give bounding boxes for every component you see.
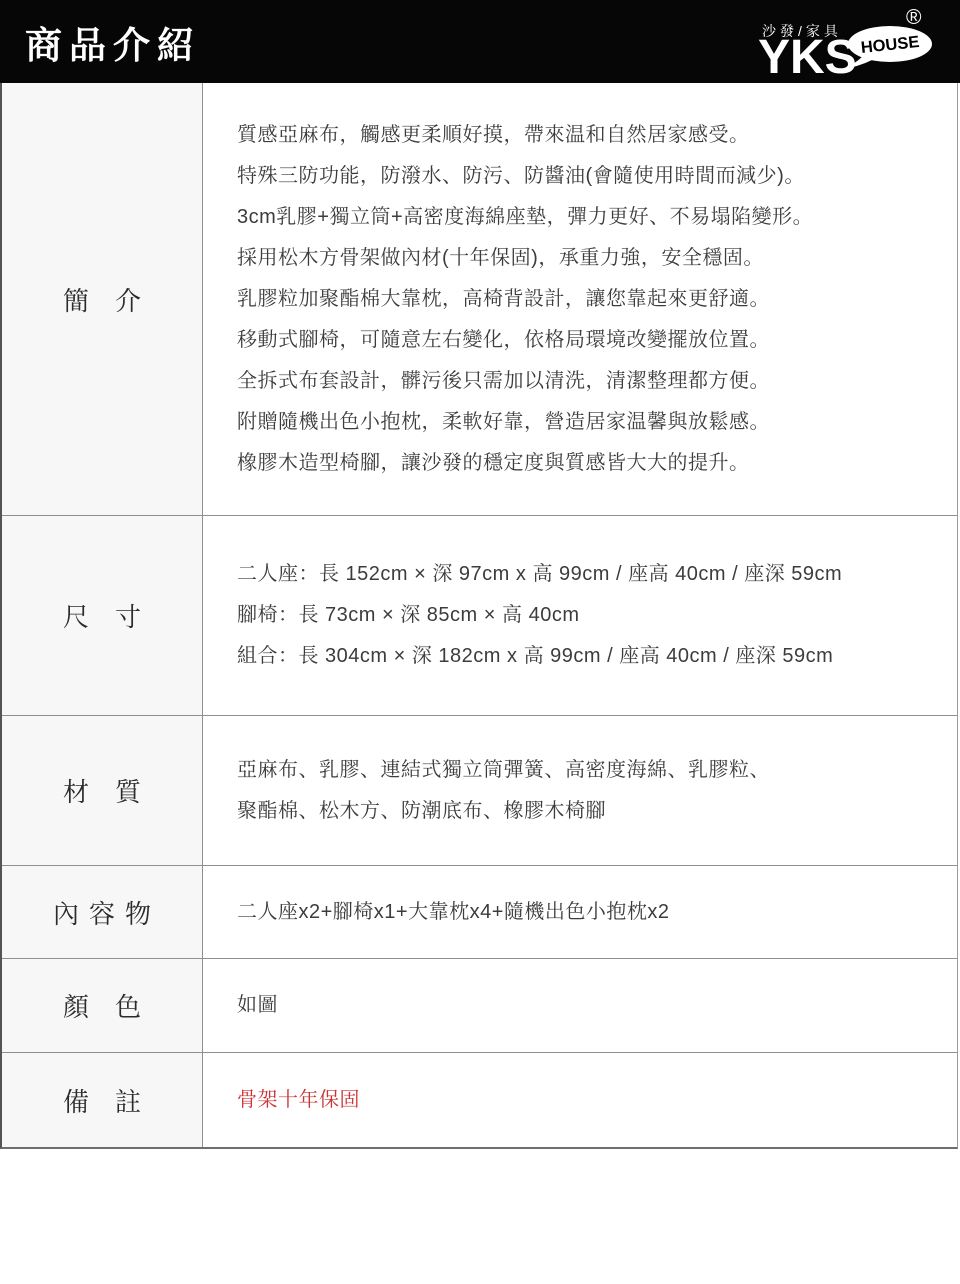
row-content-intro: 質感亞麻布，觸感更柔順好摸，帶來温和自然居家感受。 特殊三防功能，防潑水、防污、… [203, 83, 957, 515]
row-content-note: 骨架十年保固 [203, 1053, 957, 1147]
row-label-text: 備註 [63, 1082, 167, 1119]
row-label-intro: 簡介 [2, 83, 203, 515]
row-label-material: 材質 [2, 716, 203, 865]
content-line: 採用松木方骨架做內材(十年保固)，承重力強，安全穩固。 [237, 238, 947, 279]
row-content-material: 亞麻布、乳膠、連結式獨立筒彈簧、高密度海綿、乳膠粒、 聚酯棉、松木方、防潮底布、… [203, 716, 957, 865]
row-label-text: 簡介 [63, 281, 167, 318]
row-label-color: 顏色 [2, 959, 203, 1052]
row-label-text: 材質 [63, 772, 167, 809]
spec-row-intro: 簡介 質感亞麻布，觸感更柔順好摸，帶來温和自然居家感受。 特殊三防功能，防潑水、… [2, 83, 957, 516]
content-line: 全拆式布套設計，髒污後只需加以清洗，清潔整理都方便。 [237, 361, 947, 402]
row-label-text: 尺寸 [63, 597, 167, 634]
row-label-size: 尺寸 [2, 516, 203, 715]
content-line: 亞麻布、乳膠、連結式獨立筒彈簧、高密度海綿、乳膠粒、 [237, 750, 947, 791]
spec-row-note: 備註 骨架十年保固 [2, 1053, 957, 1147]
spec-table: 簡介 質感亞麻布，觸感更柔順好摸，帶來温和自然居家感受。 特殊三防功能，防潑水、… [0, 83, 958, 1149]
content-line: 質感亞麻布，觸感更柔順好摸，帶來温和自然居家感受。 [237, 115, 947, 156]
content-line: 3cm乳膠+獨立筒+高密度海綿座墊，彈力更好、不易塌陷變形。 [237, 197, 947, 238]
content-line: 組合：長 304cm × 深 182cm x 高 99cm / 座高 40cm … [237, 636, 947, 677]
note-text: 骨架十年保固 [237, 1080, 947, 1121]
spec-row-color: 顏色 如圖 [2, 959, 957, 1053]
row-content-color: 如圖 [203, 959, 957, 1052]
spec-row-material: 材質 亞麻布、乳膠、連結式獨立筒彈簧、高密度海綿、乳膠粒、 聚酯棉、松木方、防潮… [2, 716, 957, 866]
content-line: 特殊三防功能，防潑水、防污、防醬油(會隨使用時間而減少)。 [237, 156, 947, 197]
row-label-text: 內容物 [53, 894, 161, 931]
header-bar: 商品介紹 沙發/家具 YKS HOUSE ® [0, 0, 960, 83]
product-intro-page: 商品介紹 沙發/家具 YKS HOUSE ® 簡介 質感亞麻布，觸感更柔順好摸，… [0, 0, 960, 1284]
spec-row-size: 尺寸 二人座：長 152cm × 深 97cm x 高 99cm / 座高 40… [2, 516, 957, 716]
content-line: 二人座x2+腳椅x1+大靠枕x4+隨機出色小抱枕x2 [237, 892, 947, 933]
row-label-contents: 內容物 [2, 866, 203, 958]
brand-logo: 沙發/家具 YKS HOUSE ® [750, 0, 940, 83]
page-title: 商品介紹 [25, 15, 201, 69]
row-label-note: 備註 [2, 1053, 203, 1147]
spec-row-contents: 內容物 二人座x2+腳椅x1+大靠枕x4+隨機出色小抱枕x2 [2, 866, 957, 959]
content-line: 橡膠木造型椅腳，讓沙發的穩定度與質感皆大大的提升。 [237, 443, 947, 484]
row-label-text: 顏色 [63, 987, 167, 1024]
registered-trademark-icon: ® [906, 7, 921, 28]
speech-bubble-icon: HOUSE [842, 25, 934, 69]
content-line: 聚酯棉、松木方、防潮底布、橡膠木椅腳 [237, 791, 947, 832]
content-line: 如圖 [237, 985, 947, 1026]
content-line: 移動式腳椅，可隨意左右變化，依格局環境改變擺放位置。 [237, 320, 947, 361]
content-line: 二人座：長 152cm × 深 97cm x 高 99cm / 座高 40cm … [237, 554, 947, 595]
content-line: 附贈隨機出色小抱枕，柔軟好靠，營造居家温馨與放鬆感。 [237, 402, 947, 443]
row-content-contents: 二人座x2+腳椅x1+大靠枕x4+隨機出色小抱枕x2 [203, 866, 957, 958]
row-content-size: 二人座：長 152cm × 深 97cm x 高 99cm / 座高 40cm … [203, 516, 957, 715]
content-line: 乳膠粒加聚酯棉大靠枕，高椅背設計，讓您靠起來更舒適。 [237, 279, 947, 320]
content-line: 腳椅：長 73cm × 深 85cm × 高 40cm [237, 595, 947, 636]
